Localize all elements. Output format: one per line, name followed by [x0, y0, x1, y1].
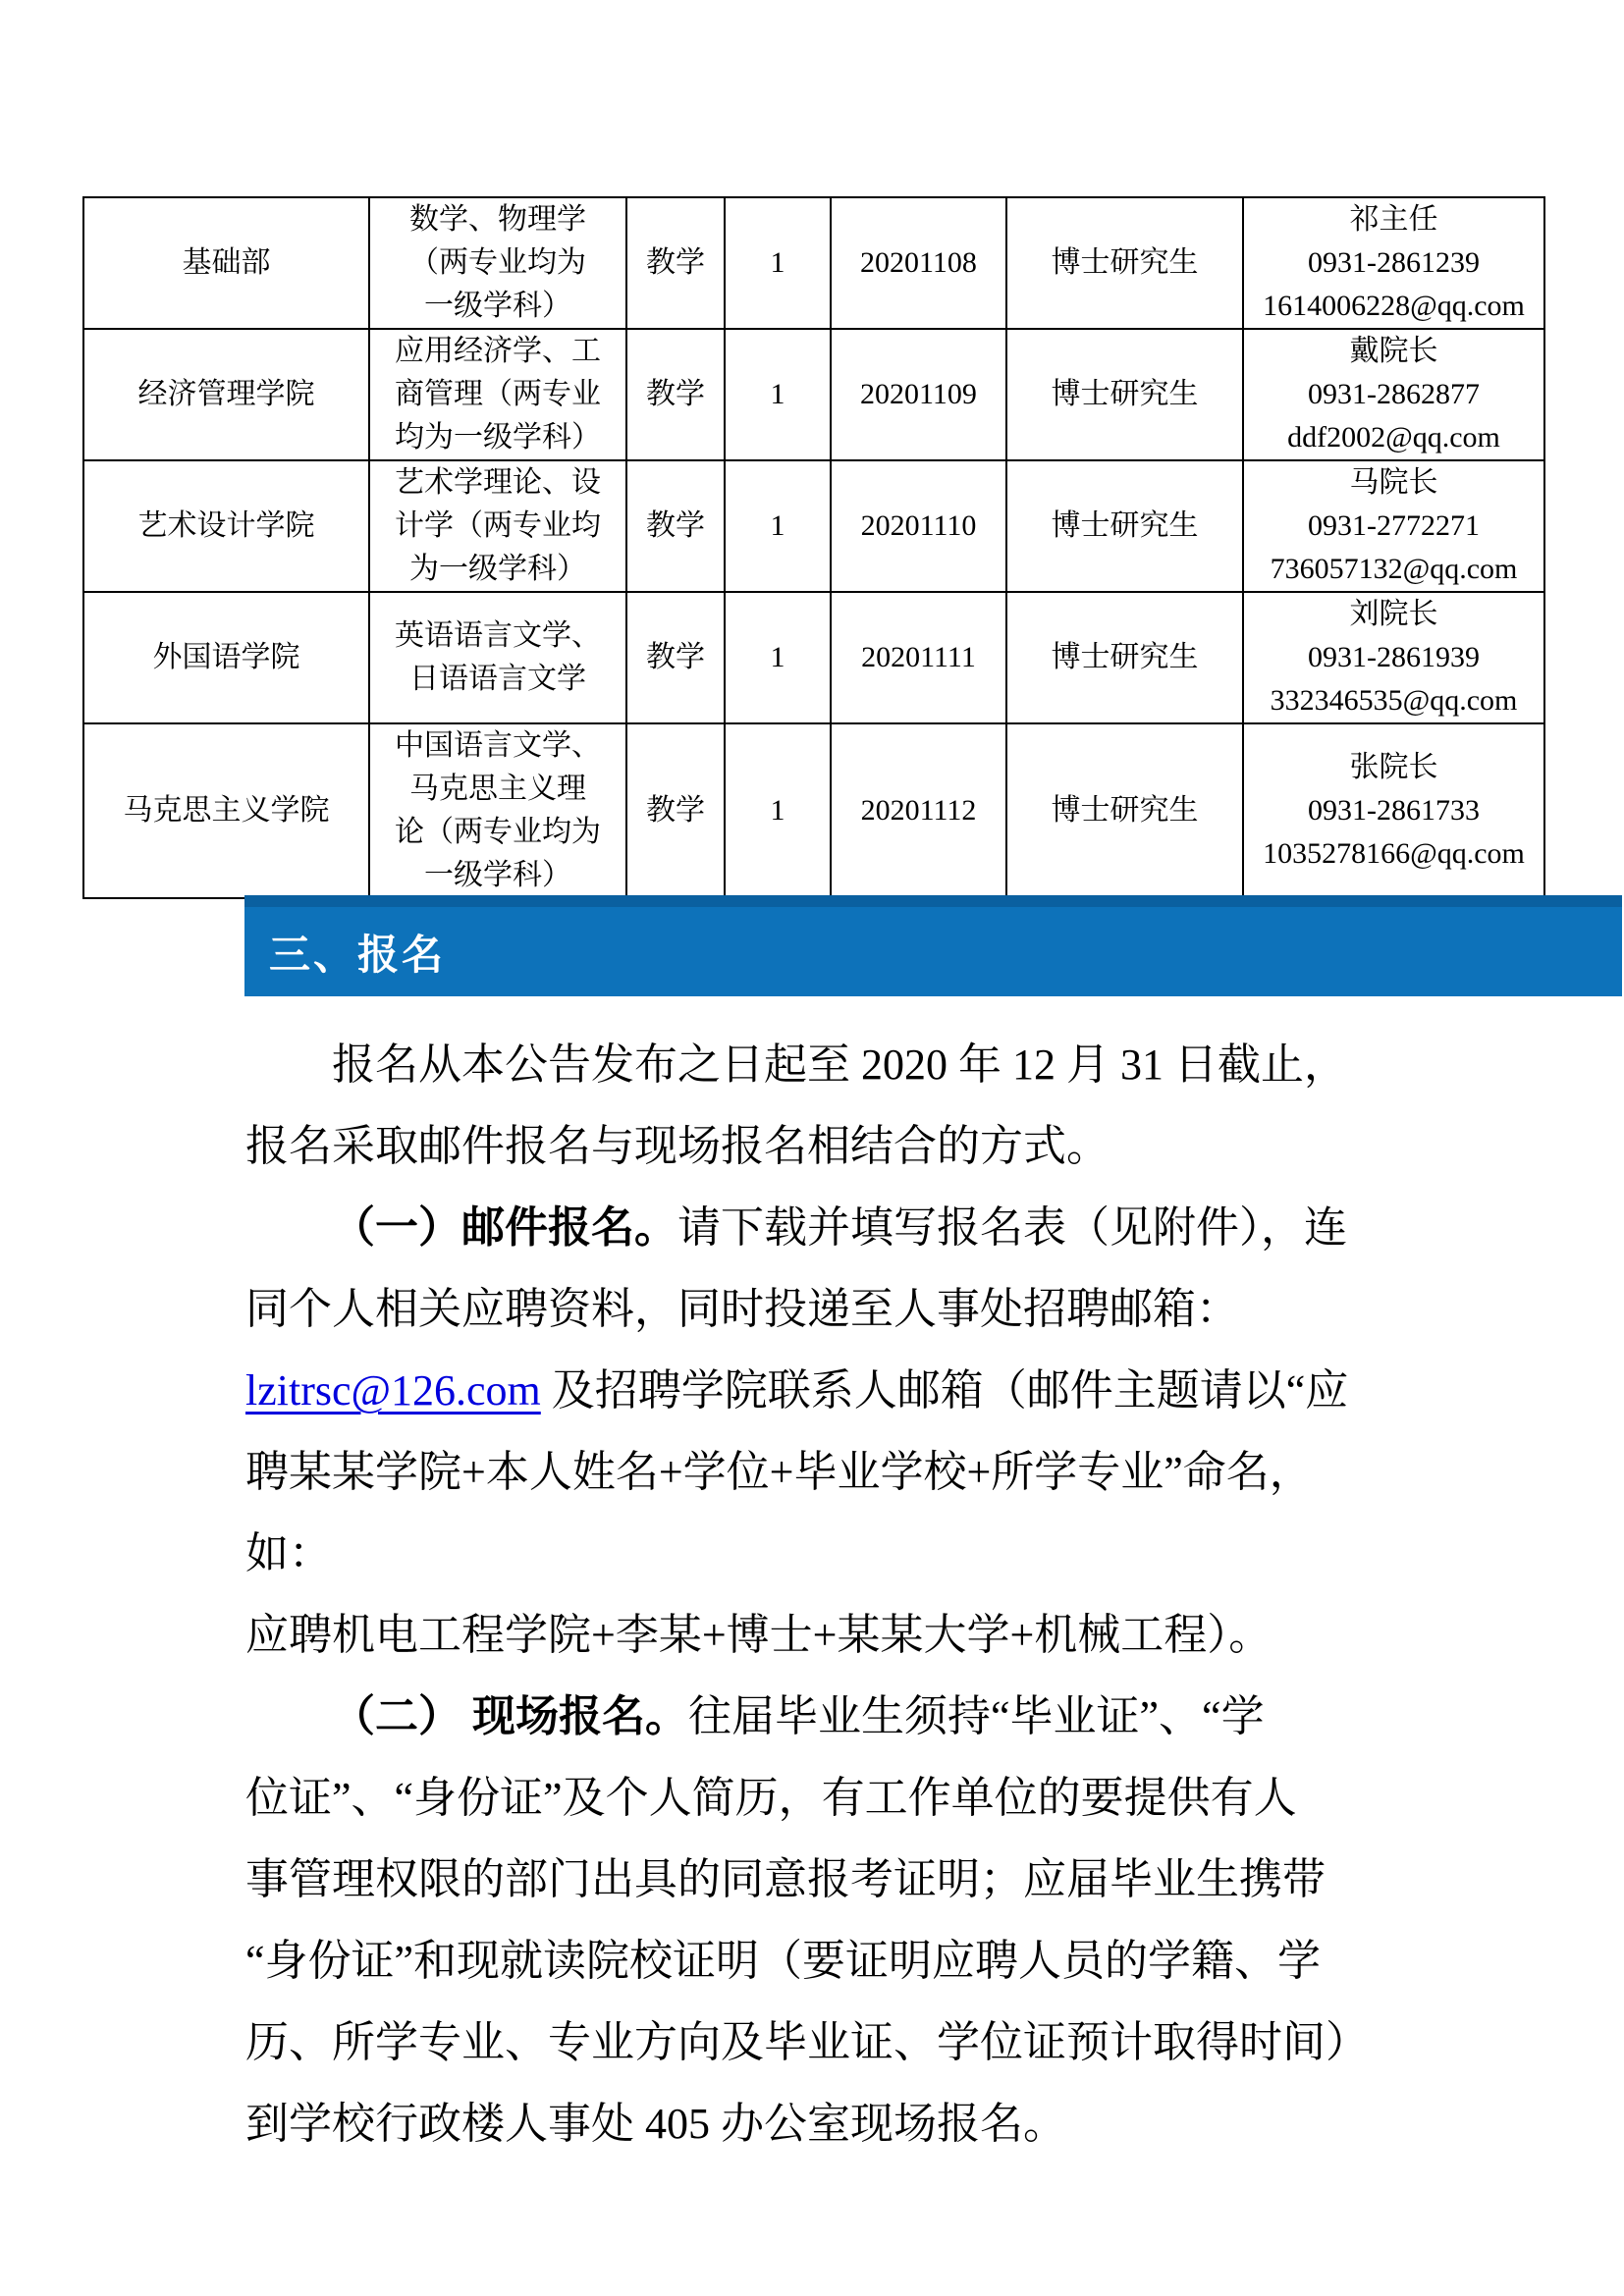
post-type-cell: 教学	[626, 592, 725, 723]
majors-cell: 应用经济学、工 商管理（两专业 均为一级学科）	[369, 329, 626, 460]
degree-cell: 博士研究生	[1006, 329, 1243, 460]
recruitment-email-link[interactable]: lzitrsc@126.com	[245, 1366, 541, 1415]
department-cell: 基础部	[83, 197, 369, 329]
count-cell: 1	[725, 592, 831, 723]
onsite-registration-label: （二） 现场报名。	[332, 1692, 688, 1740]
contact-cell: 戴院长0931-2862877ddf2002@qq.com	[1243, 329, 1544, 460]
table-row: 外国语学院英语语言文学、 日语语言文学教学120201111博士研究生刘院长09…	[83, 592, 1544, 723]
contact-name: 刘院长	[1244, 593, 1543, 636]
contact-email: 332346535@qq.com	[1244, 679, 1543, 722]
department-cell: 外国语学院	[83, 592, 369, 723]
code-cell: 20201108	[831, 197, 1006, 329]
department-cell: 艺术设计学院	[83, 460, 369, 592]
page: 基础部数学、物理学 （两专业均为 一级学科）教学120201108博士研究生祁主…	[0, 0, 1624, 2296]
paragraph-registration-period: 报名从本公告发布之日起至 2020 年 12 月 31 日截止， 报名采取邮件报…	[245, 1024, 1389, 1187]
count-cell: 1	[725, 460, 831, 592]
contact-name: 戴院长	[1244, 330, 1543, 373]
count-cell: 1	[725, 197, 831, 329]
section-header-bar: 三、报名	[244, 895, 1622, 996]
contact-name: 张院长	[1244, 746, 1543, 789]
count-cell: 1	[725, 723, 831, 898]
code-cell: 20201112	[831, 723, 1006, 898]
count-cell: 1	[725, 329, 831, 460]
paragraph-email-registration: （一）邮件报名。请下载并填写报名表（见附件），连 同个人相关应聘资料，同时投递至…	[245, 1187, 1389, 1676]
post-type-cell: 教学	[626, 723, 725, 898]
code-cell: 20201111	[831, 592, 1006, 723]
post-type-cell: 教学	[626, 460, 725, 592]
contact-cell: 张院长0931-28617331035278166@qq.com	[1243, 723, 1544, 898]
contact-phone: 0931-2861939	[1244, 636, 1543, 679]
post-type-cell: 教学	[626, 329, 725, 460]
recruitment-table: 基础部数学、物理学 （两专业均为 一级学科）教学120201108博士研究生祁主…	[82, 196, 1545, 899]
contact-email: 1614006228@qq.com	[1244, 285, 1543, 328]
majors-cell: 数学、物理学 （两专业均为 一级学科）	[369, 197, 626, 329]
code-cell: 20201109	[831, 329, 1006, 460]
paragraph-onsite-registration: （二） 现场报名。往届毕业生须持“毕业证”、“学 位证”、“身份证”及个人简历，…	[245, 1676, 1389, 2164]
table-row: 艺术设计学院艺术学理论、设 计学（两专业均 为一级学科）教学120201110博…	[83, 460, 1544, 592]
table-row: 基础部数学、物理学 （两专业均为 一级学科）教学120201108博士研究生祁主…	[83, 197, 1544, 329]
section-title: 三、报名	[244, 923, 446, 982]
majors-cell: 艺术学理论、设 计学（两专业均 为一级学科）	[369, 460, 626, 592]
department-cell: 经济管理学院	[83, 329, 369, 460]
code-cell: 20201110	[831, 460, 1006, 592]
table-row: 经济管理学院应用经济学、工 商管理（两专业 均为一级学科）教学120201109…	[83, 329, 1544, 460]
contact-cell: 马院长0931-2772271736057132@qq.com	[1243, 460, 1544, 592]
contact-phone: 0931-2861733	[1244, 789, 1543, 832]
onsite-registration-text: 往届毕业生须持“毕业证”、“学 位证”、“身份证”及个人简历，有工作单位的要提供…	[245, 1692, 1369, 2148]
table-row: 马克思主义学院中国语言文学、 马克思主义理 论（两专业均为 一级学科）教学120…	[83, 723, 1544, 898]
majors-cell: 英语语言文学、 日语语言文学	[369, 592, 626, 723]
majors-cell: 中国语言文学、 马克思主义理 论（两专业均为 一级学科）	[369, 723, 626, 898]
body-text: 报名从本公告发布之日起至 2020 年 12 月 31 日截止， 报名采取邮件报…	[245, 1024, 1389, 2164]
contact-phone: 0931-2862877	[1244, 373, 1543, 416]
contact-name: 马院长	[1244, 461, 1543, 505]
contact-phone: 0931-2861239	[1244, 241, 1543, 285]
degree-cell: 博士研究生	[1006, 460, 1243, 592]
degree-cell: 博士研究生	[1006, 723, 1243, 898]
contact-email: ddf2002@qq.com	[1244, 416, 1543, 459]
contact-name: 祁主任	[1244, 198, 1543, 241]
email-registration-label: （一）邮件报名。	[332, 1203, 677, 1252]
degree-cell: 博士研究生	[1006, 197, 1243, 329]
department-cell: 马克思主义学院	[83, 723, 369, 898]
contact-phone: 0931-2772271	[1244, 505, 1543, 548]
post-type-cell: 教学	[626, 197, 725, 329]
contact-email: 736057132@qq.com	[1244, 548, 1543, 591]
recruitment-table-body: 基础部数学、物理学 （两专业均为 一级学科）教学120201108博士研究生祁主…	[83, 197, 1544, 898]
degree-cell: 博士研究生	[1006, 592, 1243, 723]
contact-email: 1035278166@qq.com	[1244, 832, 1543, 876]
contact-cell: 祁主任0931-28612391614006228@qq.com	[1243, 197, 1544, 329]
contact-cell: 刘院长0931-2861939332346535@qq.com	[1243, 592, 1544, 723]
